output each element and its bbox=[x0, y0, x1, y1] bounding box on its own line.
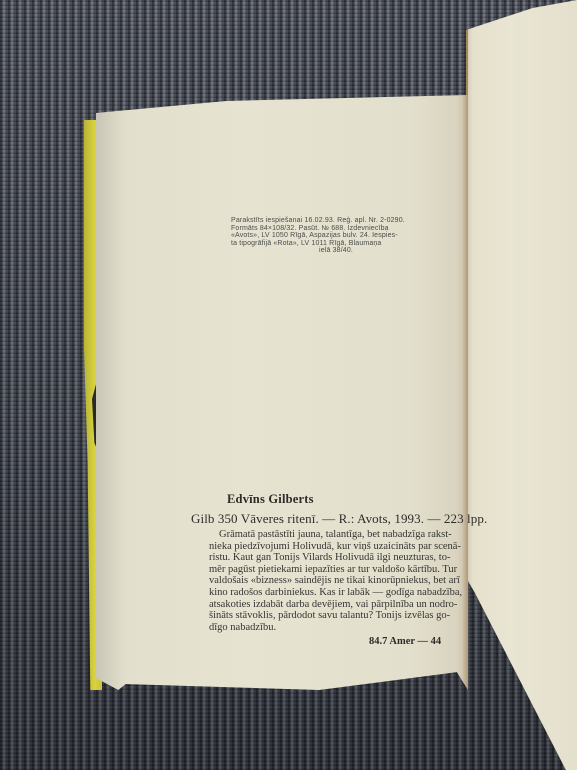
imprint-line: ielā 38/40. bbox=[231, 247, 441, 255]
annotation-line: mēr pagūst pietiekami iepazīties ar tur … bbox=[209, 564, 471, 576]
classification-code: 84.7 Amer — 44 bbox=[369, 636, 441, 647]
annotation-line: atsakoties izdabāt darba devējiem, vai p… bbox=[209, 599, 471, 611]
imprint-line: Formāts 84×108/32. Pasūt. № 688. Izdevni… bbox=[231, 225, 441, 233]
annotation-line: valdošais «bizness» saindējis ne tikai k… bbox=[209, 575, 471, 587]
author-name: Edvīns Gilberts bbox=[227, 492, 314, 507]
bibliographic-entry: Gilb 350 Vāveres ritenī. — R.: Avots, 19… bbox=[191, 511, 487, 527]
annotation-line: Grāmatā pastāstīti jauna, talantīga, bet… bbox=[209, 529, 471, 541]
imprint-line: ta tipogrāfijā «Rota», LV 1011 Rīgā, Bla… bbox=[231, 240, 441, 248]
imprint-block: Parakstīts iespiešanai 16.02.93. Reģ. ap… bbox=[231, 217, 441, 255]
annotation-line: dīgo nabadzību. bbox=[209, 622, 471, 634]
annotation: Grāmatā pastāstīti jauna, talantīga, bet… bbox=[209, 529, 471, 633]
annotation-line: nieka piedzīvojumi Holivudā, kur viņš uz… bbox=[209, 541, 471, 553]
imprint-line: Parakstīts iespiešanai 16.02.93. Reģ. ap… bbox=[231, 217, 441, 225]
annotation-line: šināts stāvoklis, pārdodot savu talantu?… bbox=[209, 610, 471, 622]
imprint-line: «Avots», LV 1050 Rīgā, Aspazijas bulv. 2… bbox=[231, 232, 441, 240]
page-fold-shadow bbox=[96, 95, 126, 690]
annotation-line: kino radošos darbiniekus. Kas ir labāk —… bbox=[209, 587, 471, 599]
annotation-line: ristu. Kaut gan Tonijs Vilards Holivudā … bbox=[209, 552, 471, 564]
